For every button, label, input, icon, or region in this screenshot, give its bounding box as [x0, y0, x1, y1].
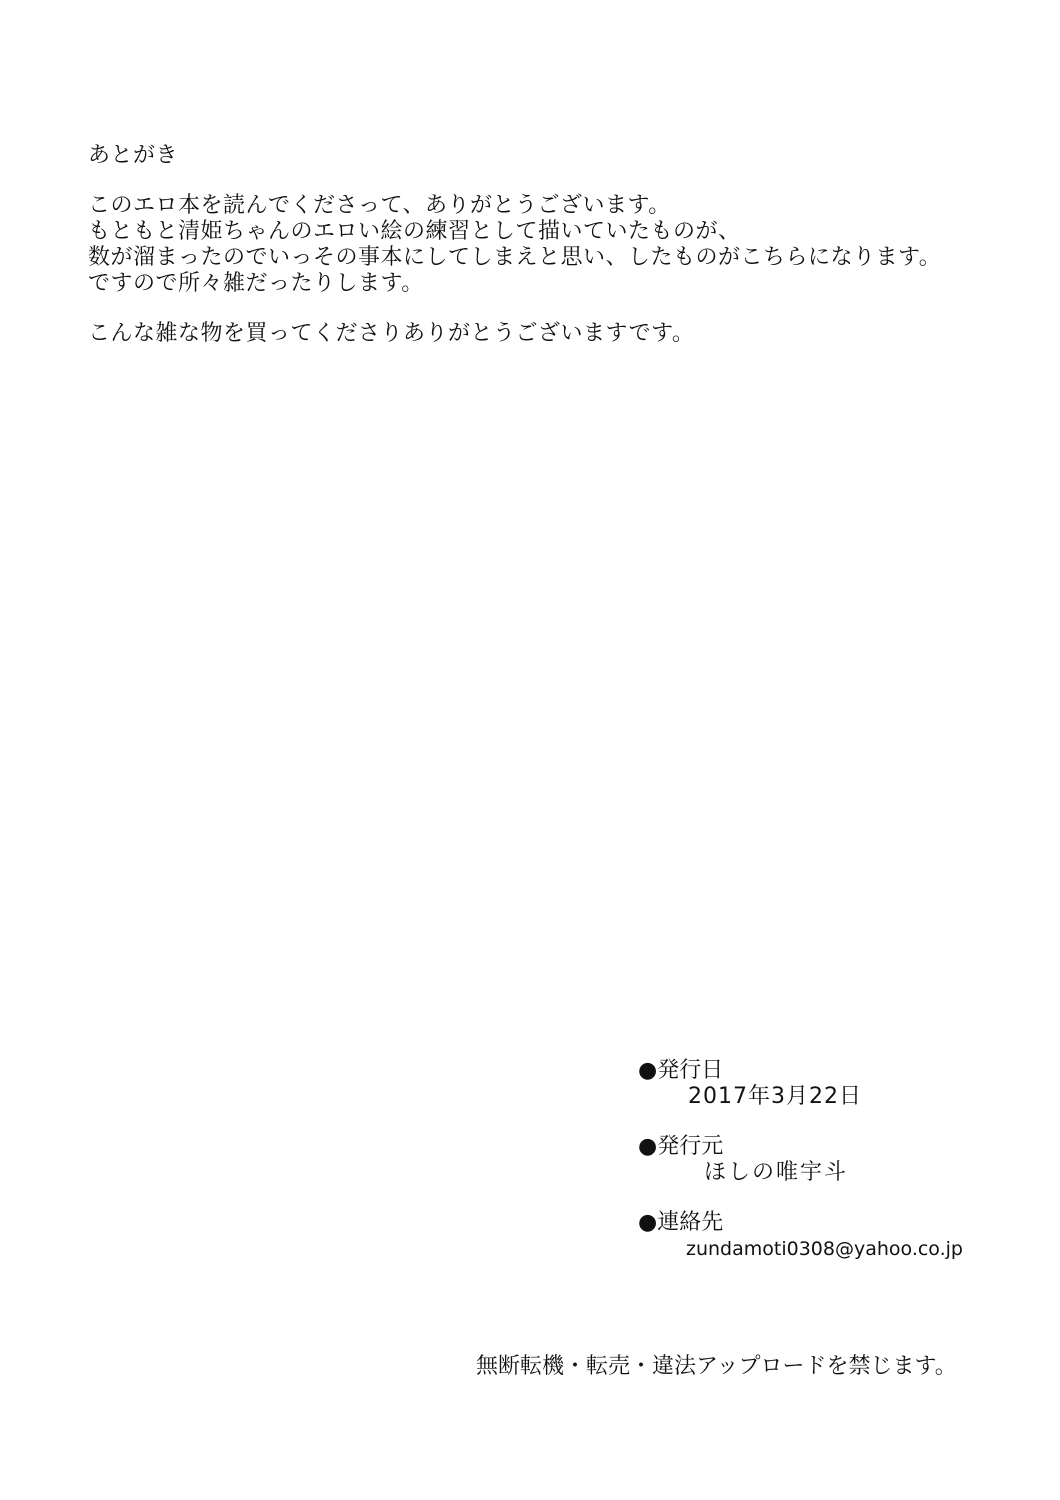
text-line: こんな雑な物を買ってくださりありがとうございますです。 [88, 321, 941, 347]
publish-date-item: ●発行日 2017年3月22日 [638, 1058, 963, 1110]
publisher-item: ●発行元 ほしの唯宇斗 [638, 1134, 963, 1186]
contact-label: ●連絡先 [638, 1210, 963, 1236]
text-line: もともと清姫ちゃんのエロい絵の練習として描いていたものが、 [88, 219, 941, 245]
afterword-title: あとがき [88, 143, 941, 169]
contact-email: zundamoti0308@yahoo.co.jp [638, 1236, 963, 1262]
publisher-value: ほしの唯宇斗 [638, 1160, 963, 1186]
colophon: ●発行日 2017年3月22日 ●発行元 ほしの唯宇斗 ●連絡先 zundamo… [638, 1058, 963, 1286]
afterword-section: あとがき このエロ本を読んでくださって、ありがとうございます。 もともと清姫ちゃ… [88, 143, 941, 371]
text-line: 数が溜まったのでいっその事本にしてしまえと思い、したものがこちらになります。 [88, 245, 941, 271]
text-line: このエロ本を読んでくださって、ありがとうございます。 [88, 193, 941, 219]
contact-item: ●連絡先 zundamoti0308@yahoo.co.jp [638, 1210, 963, 1262]
copyright-notice: 無断転機・転売・違法アップロードを禁じます。 [476, 1354, 957, 1380]
publish-date-label: ●発行日 [638, 1058, 963, 1084]
document-page: あとがき このエロ本を読んでくださって、ありがとうございます。 もともと清姫ちゃ… [0, 0, 1060, 1500]
afterword-paragraph-2: こんな雑な物を買ってくださりありがとうございますです。 [88, 321, 941, 347]
text-line: ですので所々雑だったりします。 [88, 271, 941, 297]
publisher-label: ●発行元 [638, 1134, 963, 1160]
afterword-paragraph-1: このエロ本を読んでくださって、ありがとうございます。 もともと清姫ちゃんのエロい… [88, 193, 941, 297]
publish-date-value: 2017年3月22日 [638, 1084, 963, 1110]
